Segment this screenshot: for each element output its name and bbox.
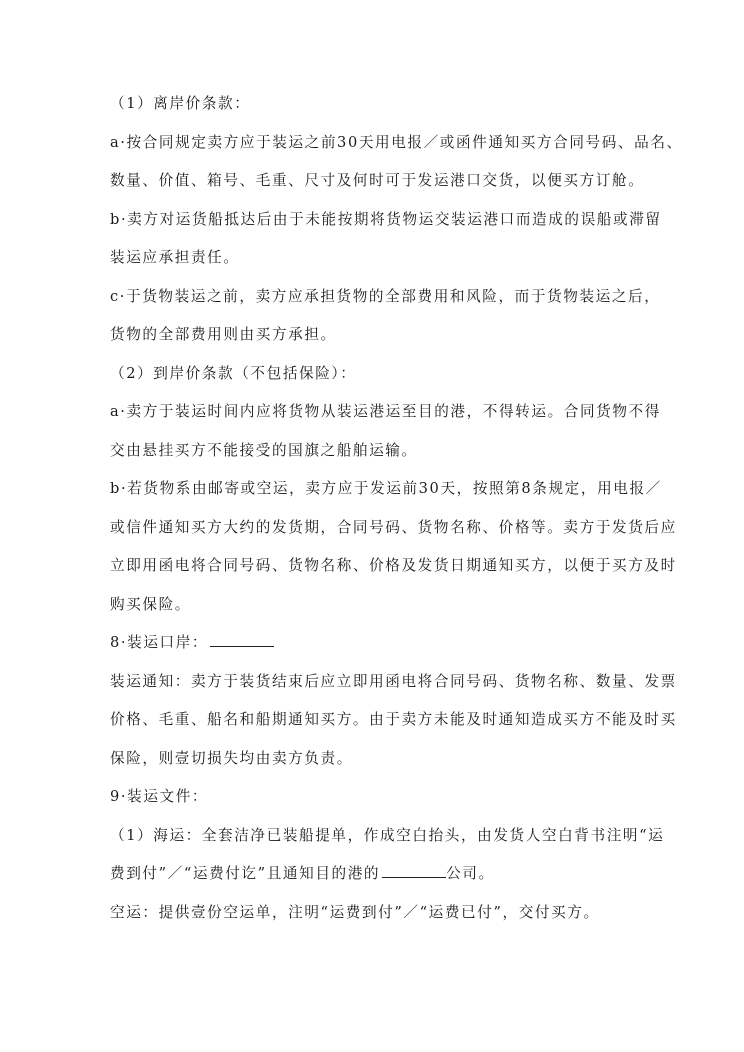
clause-cif-b-line-4: 购买保险。 bbox=[110, 594, 650, 633]
port-of-shipment-blank bbox=[210, 632, 274, 647]
clause-fob-heading: （1）离岸价条款： bbox=[110, 93, 650, 132]
clause-cif-a-line-1: a·卖方于装运时间内应将货物从装运港运至目的港，不得转运。合同货物不得 bbox=[110, 401, 650, 440]
section-9-heading: 9·装运文件： bbox=[110, 786, 650, 825]
sea-transport-text-after: 公司。 bbox=[446, 865, 495, 882]
clause-cif-heading: （2）到岸价条款（不包括保险）： bbox=[110, 363, 650, 402]
shipping-notice-line-1: 装运通知：卖方于装货结束后应立即用函电将合同号码、货物名称、数量、发票 bbox=[110, 671, 650, 710]
shipping-notice-line-3: 保险，则壹切损失均由卖方负责。 bbox=[110, 748, 650, 787]
section-8-label: 8·装运口岸： bbox=[110, 634, 208, 651]
sea-transport-line-1: （1）海运：全套洁净已装船提单，作成空白抬头，由发货人空白背书注明“运 bbox=[110, 825, 650, 864]
clause-fob-b-line-2: 装运应承担责任。 bbox=[110, 247, 650, 286]
clause-cif-a-line-2: 交由悬挂买方不能接受的国旗之船舶运输。 bbox=[110, 440, 650, 479]
clause-fob-c-line-1: c·于货物装运之前，卖方应承担货物的全部费用和风险，而于货物装运之后， bbox=[110, 286, 650, 325]
clause-fob-a-line-1: a·按合同规定卖方应于装运之前30天用电报／或函件通知买方合同号码、品名、 bbox=[110, 132, 650, 171]
clause-cif-b-line-3: 立即用函电将合同号码、货物名称、价格及发货日期通知买方，以便于买方及时 bbox=[110, 555, 650, 594]
shipping-notice-line-2: 价格、毛重、船名和船期通知买方。由于卖方未能及时通知造成买方不能及时买 bbox=[110, 709, 650, 748]
sea-transport-line-2: 费到付”／“运费付讫”且通知目的港的公司。 bbox=[110, 863, 650, 902]
clause-fob-c-line-2: 货物的全部费用则由买方承担。 bbox=[110, 324, 650, 363]
destination-company-blank bbox=[382, 863, 446, 878]
air-transport-line: 空运：提供壹份空运单，注明“运费到付”／“运费已付”，交付买方。 bbox=[110, 902, 650, 941]
clause-fob-b-line-1: b·卖方对运货船抵达后由于未能按期将货物运交装运港口而造成的误船或滞留 bbox=[110, 209, 650, 248]
section-8-port-of-shipment: 8·装运口岸： bbox=[110, 632, 650, 671]
sea-transport-text-before: 费到付”／“运费付讫”且通知目的港的 bbox=[110, 865, 380, 882]
clause-cif-b-line-2: 或信件通知买方大约的发货期，合同号码、货物名称、价格等。卖方于发货后应 bbox=[110, 517, 650, 556]
document-page: （1）离岸价条款： a·按合同规定卖方应于装运之前30天用电报／或函件通知买方合… bbox=[110, 93, 650, 940]
clause-fob-a-line-2: 数量、价值、箱号、毛重、尺寸及何时可于发运港口交货，以便买方订舱。 bbox=[110, 170, 650, 209]
clause-cif-b-line-1: b·若货物系由邮寄或空运，卖方应于发运前30天，按照第8条规定，用电报／ bbox=[110, 478, 650, 517]
